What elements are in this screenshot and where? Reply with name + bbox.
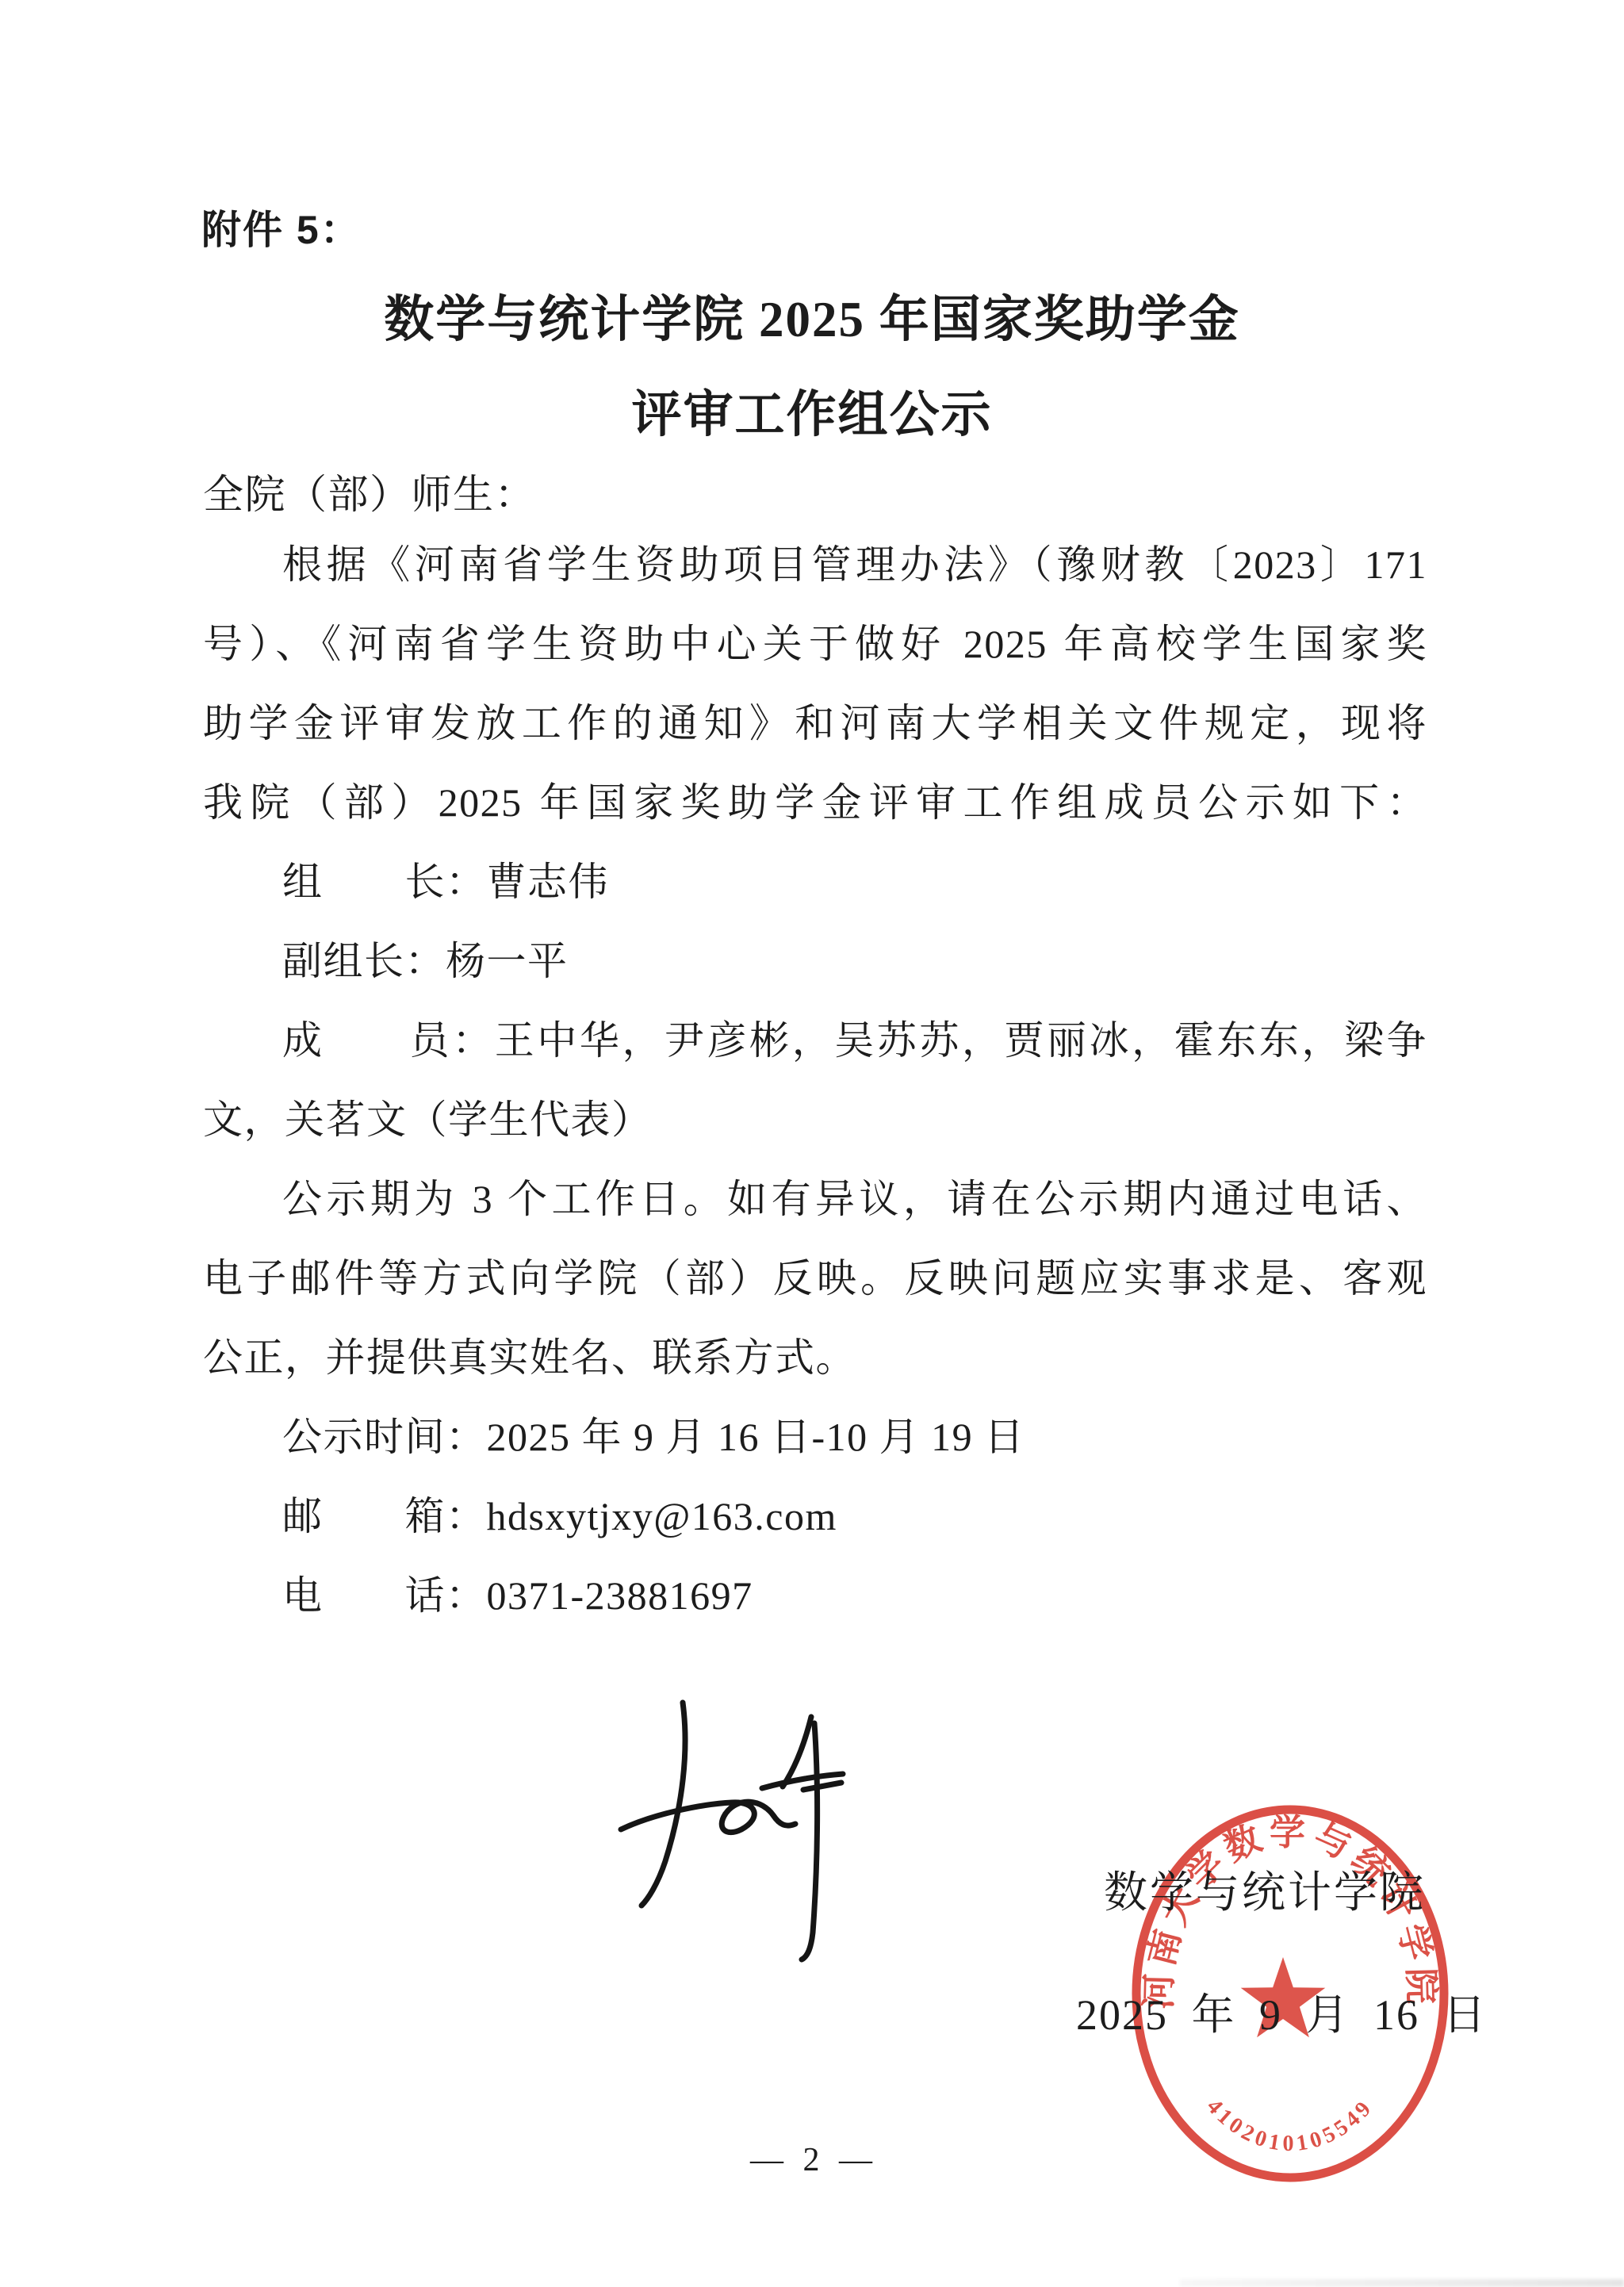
body-line-members: 成 员：王中华，尹彦彬，吴苏苏，贾丽冰，霍东东，梁争 <box>203 1017 1427 1064</box>
body-line: 号）、《河南省学生资助中心关于做好 2025 年高校学生国家奖 <box>203 620 1427 668</box>
signature-stroke <box>803 1783 841 1790</box>
document-title-line1: 数学与统计学院 2025 年国家奖助学金 <box>0 279 1624 351</box>
body-line: 我院（部）2025 年国家奖助学金评审工作组成员公示如下： <box>203 779 1427 826</box>
body-line-publicity-time: 公示时间：2025 年 9 月 16 日-10 月 19 日 <box>203 1413 1427 1461</box>
handwritten-signature <box>607 1693 852 1971</box>
body-line: 电子邮件等方式向学院（部）反映。反映问题应实事求是、客观 <box>203 1255 1427 1302</box>
body-line-email: 邮 箱：hdsxytjxy@163.com <box>203 1492 1427 1540</box>
signature-stroke <box>802 1723 818 1959</box>
body-line: 公正，并提供真实姓名、联系方式。 <box>203 1334 1427 1381</box>
document-title-line2: 评审工作组公示 <box>0 374 1624 446</box>
signature-stroke <box>621 1802 795 1832</box>
body-line-deputy-leader: 副组长：杨一平 <box>203 937 1427 985</box>
scan-artifact <box>1180 2279 1624 2287</box>
body-line: 公示期为 3 个工作日。如有异议，请在公示期内通过电话、 <box>203 1175 1427 1223</box>
body-line: 根据《河南省学生资助项目管理办法》（豫财教〔2023〕171 <box>203 541 1427 588</box>
closing-org-name: 数学与统计学院 <box>1104 1857 1426 1920</box>
body-line: 助学金评审发放工作的通知》和河南大学相关文件规定，现将 <box>203 699 1427 747</box>
attachment-label: 附件 5： <box>201 198 362 255</box>
salutation: 全院（部）师生： <box>203 462 536 520</box>
closing-date: 2025 年 9 月 16 日 <box>1076 1981 1488 2042</box>
signature-stroke <box>642 1703 685 1906</box>
body-line-group-leader: 组 长：曹志伟 <box>203 858 1427 906</box>
seal-serial: 4102010105549 <box>1202 2094 1379 2156</box>
body-line: 文，关茗文（学生代表） <box>203 1096 1427 1143</box>
body-line-phone: 电 话：0371-23881697 <box>203 1572 1427 1619</box>
document-page: 附件 5： 数学与统计学院 2025 年国家奖助学金 评审工作组公示 全院（部）… <box>0 0 1624 2287</box>
